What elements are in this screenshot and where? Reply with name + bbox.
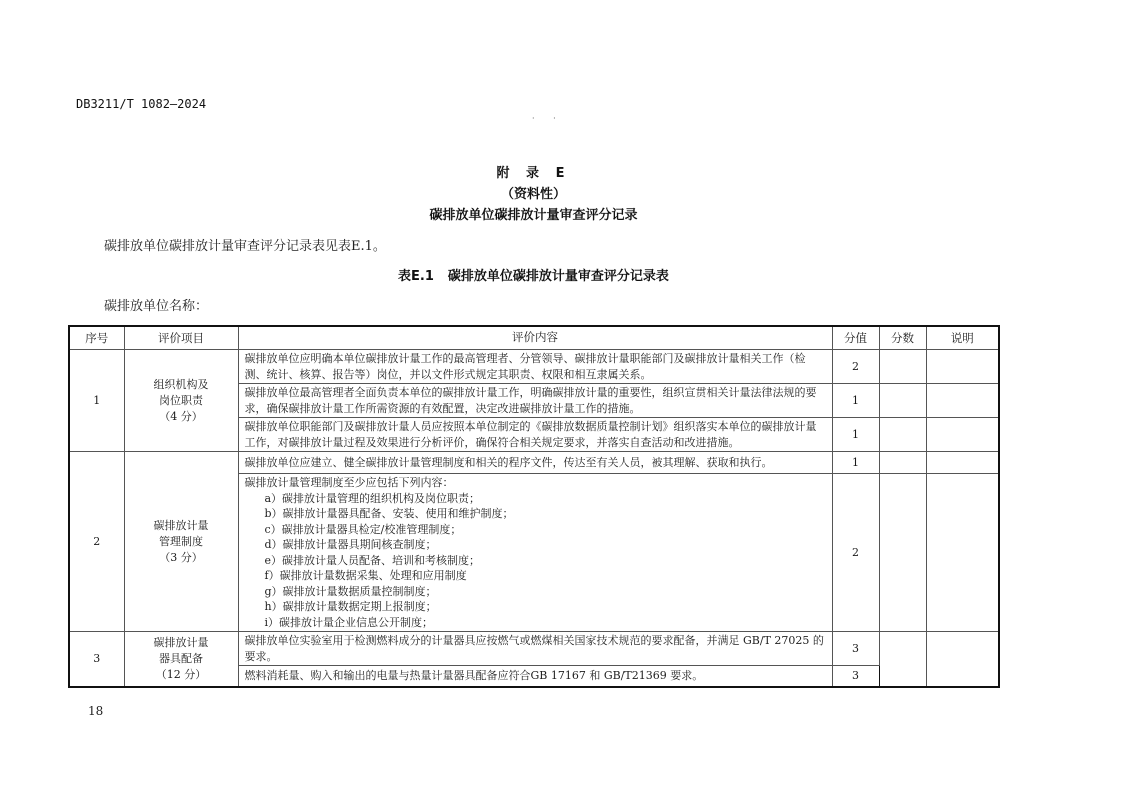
- intro-paragraph: 碳排放单位碳排放计量审查评分记录表见表E.1。: [104, 235, 386, 254]
- table-row: 2 碳排放计量 管理制度 （3 分） 碳排放单位应建立、健全碳排放计量管理制度和…: [69, 452, 999, 474]
- scoring-table: 序号 评价项目 评价内容 分值 分数 说明 1 组织机构及 岗位职责 （4 分）…: [68, 325, 1000, 688]
- score-cell[interactable]: [879, 384, 926, 418]
- col-header-content: 评价内容: [238, 326, 832, 350]
- col-header-note: 说明: [926, 326, 999, 350]
- col-header-score: 分数: [879, 326, 926, 350]
- note-cell[interactable]: [926, 632, 999, 687]
- list-item: d）碳排放计量器具期间核查制度；: [245, 537, 826, 553]
- page-number: 18: [88, 704, 103, 718]
- criterion-value: 2: [832, 350, 879, 384]
- section-number: 2: [69, 452, 124, 632]
- item-line: （3 分）: [125, 550, 238, 566]
- item-line: 组织机构及: [125, 377, 238, 393]
- table-number: 表E.1: [398, 269, 434, 284]
- score-cell[interactable]: [879, 632, 926, 687]
- criterion-value: 1: [832, 452, 879, 474]
- list-item: g）碳排放计量数据质量控制制度；: [245, 584, 826, 600]
- table-title: 碳排放单位碳排放计量审查评分记录表: [448, 269, 669, 284]
- item-line: 碳排放计量: [125, 518, 238, 534]
- list-item: e）碳排放计量人员配备、培训和考核制度；: [245, 553, 826, 569]
- criterion-value: 1: [832, 384, 879, 418]
- appendix-nature: （资料性）: [0, 183, 1067, 202]
- table-row: 1 组织机构及 岗位职责 （4 分） 碳排放单位应明确本单位碳排放计量工作的最高…: [69, 350, 999, 384]
- table-row: 3 碳排放计量 器具配备 （12 分） 碳排放单位实验室用于检测燃料成分的计量器…: [69, 632, 999, 666]
- criterion-value: 3: [832, 666, 879, 687]
- score-cell[interactable]: [879, 350, 926, 384]
- note-cell[interactable]: [926, 474, 999, 632]
- note-cell[interactable]: [926, 452, 999, 474]
- col-header-item: 评价项目: [124, 326, 238, 350]
- list-heading: 碳排放计量管理制度至少应包括下列内容：: [245, 475, 826, 491]
- item-line: 碳排放计量: [125, 635, 238, 651]
- criterion-value: 1: [832, 418, 879, 452]
- item-line: 岗位职责: [125, 393, 238, 409]
- criterion-content: 燃料消耗量、购入和输出的电量与热量计量器具配备应符合GB 17167 和 GB/…: [238, 666, 832, 687]
- appendix-title: 碳排放单位碳排放计量审查评分记录: [0, 204, 1067, 223]
- criterion-content: 碳排放单位应明确本单位碳排放计量工作的最高管理者、分管领导、碳排放计量职能部门及…: [238, 350, 832, 384]
- decorative-dots: · ·: [532, 114, 564, 123]
- section-item: 碳排放计量 器具配备 （12 分）: [124, 632, 238, 687]
- item-line: （12 分）: [125, 667, 238, 683]
- note-cell[interactable]: [926, 418, 999, 452]
- list-item: h）碳排放计量数据定期上报制度；: [245, 599, 826, 615]
- score-cell[interactable]: [879, 474, 926, 632]
- criterion-content-list: 碳排放计量管理制度至少应包括下列内容： a）碳排放计量管理的组织机构及岗位职责；…: [238, 474, 832, 632]
- section-number: 1: [69, 350, 124, 452]
- criterion-content: 碳排放单位职能部门及碳排放计量人员应按照本单位制定的《碳排放数据质量控制计划》组…: [238, 418, 832, 452]
- col-header-no: 序号: [69, 326, 124, 350]
- criterion-content: 碳排放单位应建立、健全碳排放计量管理制度和相关的程序文件，传达至有关人员，被其理…: [238, 452, 832, 474]
- section-item: 碳排放计量 管理制度 （3 分）: [124, 452, 238, 632]
- appendix-label: 附 录 E: [0, 162, 1067, 181]
- section-item: 组织机构及 岗位职责 （4 分）: [124, 350, 238, 452]
- unit-name-label: 碳排放单位名称：: [104, 295, 208, 314]
- criterion-content: 碳排放单位最高管理者全面负责本单位的碳排放计量工作，明确碳排放计量的重要性，组织…: [238, 384, 832, 418]
- section-number: 3: [69, 632, 124, 687]
- table-header-row: 序号 评价项目 评价内容 分值 分数 说明: [69, 326, 999, 350]
- list-item: b）碳排放计量器具配备、安装、使用和维护制度；: [245, 506, 826, 522]
- table-caption: 表E.1碳排放单位碳排放计量审查评分记录表: [0, 265, 1067, 284]
- col-header-value: 分值: [832, 326, 879, 350]
- criterion-content: 碳排放单位实验室用于检测燃料成分的计量器具应按燃气或燃煤相关国家技术规范的要求配…: [238, 632, 832, 666]
- document-code: DB3211/T 1082—2024: [76, 97, 206, 111]
- score-cell[interactable]: [879, 418, 926, 452]
- note-cell[interactable]: [926, 350, 999, 384]
- criterion-value: 2: [832, 474, 879, 632]
- score-cell[interactable]: [879, 452, 926, 474]
- note-cell[interactable]: [926, 384, 999, 418]
- criterion-value: 3: [832, 632, 879, 666]
- list-item: a）碳排放计量管理的组织机构及岗位职责；: [245, 491, 826, 507]
- list-item: i）碳排放计量企业信息公开制度；: [245, 615, 826, 631]
- item-line: 管理制度: [125, 534, 238, 550]
- list-item: f）碳排放计量数据采集、处理和应用制度: [245, 568, 826, 584]
- list-item: c）碳排放计量器具检定/校准管理制度；: [245, 522, 826, 538]
- item-line: （4 分）: [125, 409, 238, 425]
- item-line: 器具配备: [125, 651, 238, 667]
